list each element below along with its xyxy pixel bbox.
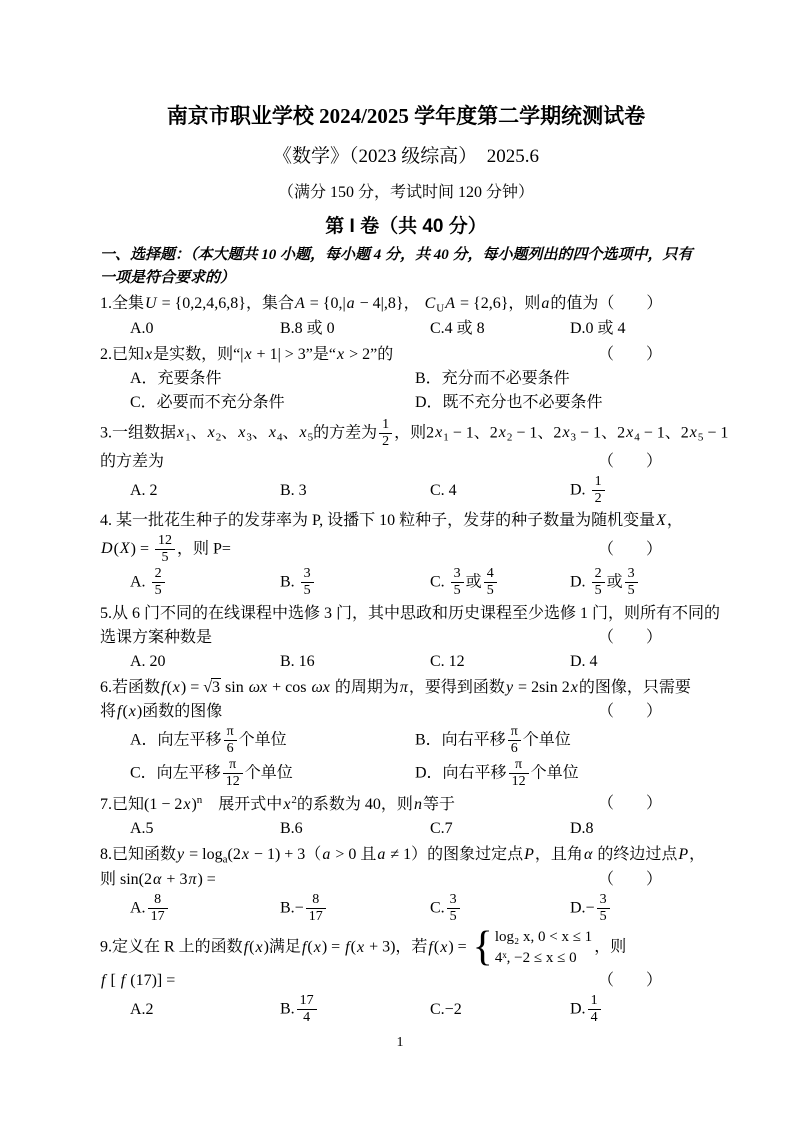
question-7-line-1: 7.已知(1 − 2x)n 展开式中x2的系数为 40，则n等于（ ） — [100, 792, 712, 817]
answer-paren: （ ） — [598, 868, 712, 892]
exam-subtitle: 《数学》（2023 级综高） 2025.6 — [100, 141, 712, 168]
option: B. 16 — [280, 650, 430, 674]
part-title: 第 I 卷（共 40 分） — [100, 211, 712, 238]
question-8: 8.已知函数y = loga(2x − 1) + 3（a > 0 且a ≠ 1）… — [100, 843, 712, 925]
question-6-line-2: 将f(x)函数的图像（ ） — [100, 700, 712, 724]
question-2-line-1: 2.已知x是实数，则“|x + 1| > 3”是“x > 2”的（ ） — [100, 343, 712, 367]
option: A.5 — [130, 817, 280, 841]
question-3: 3.一组数据x1、x2、x3、x4、x5的方差为12，则2x1 − 1、2x2 … — [100, 417, 712, 507]
question-text: f [ f (17)] = — [100, 969, 175, 993]
exam-page: 南京市职业学校 2024/2025 学年度第二学期统测试卷 《数学》（2023 … — [0, 0, 800, 1131]
question-3-line-1: 3.一组数据x1、x2、x3、x4、x5的方差为12，则2x1 − 1、2x2 … — [100, 417, 712, 450]
question-1-line-1: 1.全集U = {0,2,4,6,8}，集合A = {0,|a − 4|,8}，… — [100, 292, 712, 317]
answer-paren: （ ） — [598, 343, 712, 367]
option: C.35 — [430, 892, 570, 925]
question-9-line-2: f [ f (17)] =（ ） — [100, 969, 712, 993]
answer-paren: （ ） — [598, 969, 712, 993]
option: D. 25或35 — [570, 566, 640, 599]
option: C. 12 — [430, 650, 570, 674]
option: D. 4 — [570, 650, 598, 674]
question-6-options-row-2: C．向左平移π12个单位D．向右平移π12个单位 — [100, 757, 712, 790]
question-4-options-row-1: A. 25B. 35C. 35或45D. 25或35 — [100, 566, 712, 599]
cases-brace: { — [473, 931, 493, 965]
question-text: 7.已知(1 − 2x)n 展开式中x2的系数为 40，则n等于 — [100, 792, 455, 817]
question-3-options-row-1: A. 2B. 3C. 4D. 12 — [100, 474, 712, 507]
option: B．充分而不必要条件 — [415, 367, 570, 391]
question-3-line-2: 的方差为（ ） — [100, 450, 712, 474]
question-2-options-row-1: A．充要条件B．充分而不必要条件 — [100, 367, 712, 391]
question-text: 选课方案种数是 — [100, 626, 212, 650]
question-4-line-1: 4. 某一批花生种子的发芽率为 P, 设播下 10 粒种子，发芽的种子数量为随机… — [100, 509, 712, 533]
question-text: 3.一组数据x1、x2、x3、x4、x5的方差为12，则2x1 − 1、2x2 … — [100, 417, 728, 450]
question-text: 5.从 6 门不同的在线课程中选修 3 门，其中思政和历史课程至少选修 1 门，… — [100, 602, 720, 626]
question-6-options-row-1: A．向左平移π6个单位B．向右平移π6个单位 — [100, 724, 712, 757]
option: D.14 — [570, 993, 603, 1026]
exam-score-info: （满分 150 分，考试时间 120 分钟） — [100, 179, 712, 202]
answer-paren: （ ） — [598, 700, 712, 724]
question-9-line-1: 9.定义在 R 上的函数f(x)满足f(x) = f(x + 3)，若f(x) … — [100, 927, 712, 969]
instructions-line-1: 一、选择题：（本大题共 10 小题，每小题 4 分，共 40 分，每小题列出的四… — [100, 244, 712, 267]
question-6-line-1: 6.若函数f(x) = √3 sin ωx + cos ωx 的周期为π，要得到… — [100, 676, 712, 700]
option: A.817 — [130, 892, 280, 925]
option: D.8 — [570, 817, 594, 841]
option: A. 25 — [130, 566, 280, 599]
question-5-line-1: 5.从 6 门不同的在线课程中选修 3 门，其中思政和历史课程至少选修 1 门，… — [100, 602, 712, 626]
question-text: 9.定义在 R 上的函数f(x)满足f(x) = f(x + 3)，若f(x) … — [100, 927, 626, 969]
question-text: 4. 某一批花生种子的发芽率为 P, 设播下 10 粒种子，发芽的种子数量为随机… — [100, 509, 683, 533]
answer-paren: （ ） — [598, 626, 712, 650]
option: A．向左平移π6个单位 — [130, 724, 415, 757]
question-text: 将f(x)函数的图像 — [100, 700, 222, 724]
option: B. 3 — [280, 479, 430, 503]
option: A.2 — [130, 998, 280, 1022]
option: C．向左平移π12个单位 — [130, 757, 415, 790]
question-8-line-1: 8.已知函数y = loga(2x − 1) + 3（a > 0 且a ≠ 1）… — [100, 843, 712, 868]
question-5: 5.从 6 门不同的在线课程中选修 3 门，其中思政和历史课程至少选修 1 门，… — [100, 602, 712, 674]
question-text: 1.全集U = {0,2,4,6,8}，集合A = {0,|a − 4|,8}，… — [100, 292, 662, 317]
option: D.−35 — [570, 892, 612, 925]
option: C.4 或 8 — [430, 317, 570, 341]
question-text: D(X) = 125，则 P= — [100, 533, 231, 566]
questions-container: 1.全集U = {0,2,4,6,8}，集合A = {0,|a − 4|,8}，… — [100, 292, 712, 1026]
question-4-line-2: D(X) = 125，则 P=（ ） — [100, 533, 712, 566]
question-text: 6.若函数f(x) = √3 sin ωx + cos ωx 的周期为π，要得到… — [100, 676, 691, 700]
option: A．充要条件 — [130, 367, 415, 391]
question-text: 8.已知函数y = loga(2x − 1) + 3（a > 0 且a ≠ 1）… — [100, 843, 705, 868]
option: A.0 — [130, 317, 280, 341]
answer-paren: （ ） — [598, 792, 712, 816]
option: B. 35 — [280, 566, 430, 599]
section-instructions: 一、选择题：（本大题共 10 小题，每小题 4 分，共 40 分，每小题列出的四… — [100, 244, 712, 289]
question-8-line-2: 则 sin(2α + 3π) =（ ） — [100, 868, 712, 892]
page-number: 1 — [0, 1035, 800, 1051]
question-9: 9.定义在 R 上的函数f(x)满足f(x) = f(x + 3)，若f(x) … — [100, 927, 712, 1026]
option: B．向右平移π6个单位 — [415, 724, 571, 757]
question-7: 7.已知(1 − 2x)n 展开式中x2的系数为 40，则n等于（ ）A.5B.… — [100, 792, 712, 841]
question-8-options-row-1: A.817B.−817C.35D.−35 — [100, 892, 712, 925]
question-2-options-row-2: C．必要而不充分条件D．既不充分也不必要条件 — [100, 391, 712, 415]
question-2: 2.已知x是实数，则“|x + 1| > 3”是“x > 2”的（ ）A．充要条… — [100, 343, 712, 415]
option: C. 4 — [430, 479, 570, 503]
question-text: 2.已知x是实数，则“|x + 1| > 3”是“x > 2”的 — [100, 343, 393, 367]
question-5-line-2: 选课方案种数是（ ） — [100, 626, 712, 650]
option: C.−2 — [430, 998, 570, 1022]
option: B.8 或 0 — [280, 317, 430, 341]
question-4: 4. 某一批花生种子的发芽率为 P, 设播下 10 粒种子，发芽的种子数量为随机… — [100, 509, 712, 599]
answer-paren: （ ） — [598, 450, 712, 474]
option: D．既不充分也不必要条件 — [415, 391, 603, 415]
option: D．向右平移π12个单位 — [415, 757, 579, 790]
question-text: 的方差为 — [100, 450, 164, 474]
question-9-options-row-1: A.2B.174C.−2D.14 — [100, 993, 712, 1026]
question-text: 则 sin(2α + 3π) = — [100, 868, 216, 892]
exam-title: 南京市职业学校 2024/2025 学年度第二学期统测试卷 — [100, 100, 712, 130]
option: B.174 — [280, 993, 430, 1026]
question-1: 1.全集U = {0,2,4,6,8}，集合A = {0,|a − 4|,8}，… — [100, 292, 712, 341]
question-5-options-row-1: A. 20B. 16C. 12D. 4 — [100, 650, 712, 674]
option: C. 35或45 — [430, 566, 570, 599]
option: A. 20 — [130, 650, 280, 674]
question-1-options-row-1: A.0B.8 或 0C.4 或 8D.0 或 4 — [100, 317, 712, 341]
instructions-line-2: 一项是符合要求的） — [100, 267, 712, 290]
option: D.0 或 4 — [570, 317, 626, 341]
option: B.−817 — [280, 892, 430, 925]
option: B.6 — [280, 817, 430, 841]
question-7-options-row-1: A.5B.6C.7D.8 — [100, 817, 712, 841]
question-6: 6.若函数f(x) = √3 sin ωx + cos ωx 的周期为π，要得到… — [100, 676, 712, 790]
answer-paren: （ ） — [598, 538, 712, 562]
option: C.7 — [430, 817, 570, 841]
option: D. 12 — [570, 474, 607, 507]
option: A. 2 — [130, 479, 280, 503]
option: C．必要而不充分条件 — [130, 391, 415, 415]
